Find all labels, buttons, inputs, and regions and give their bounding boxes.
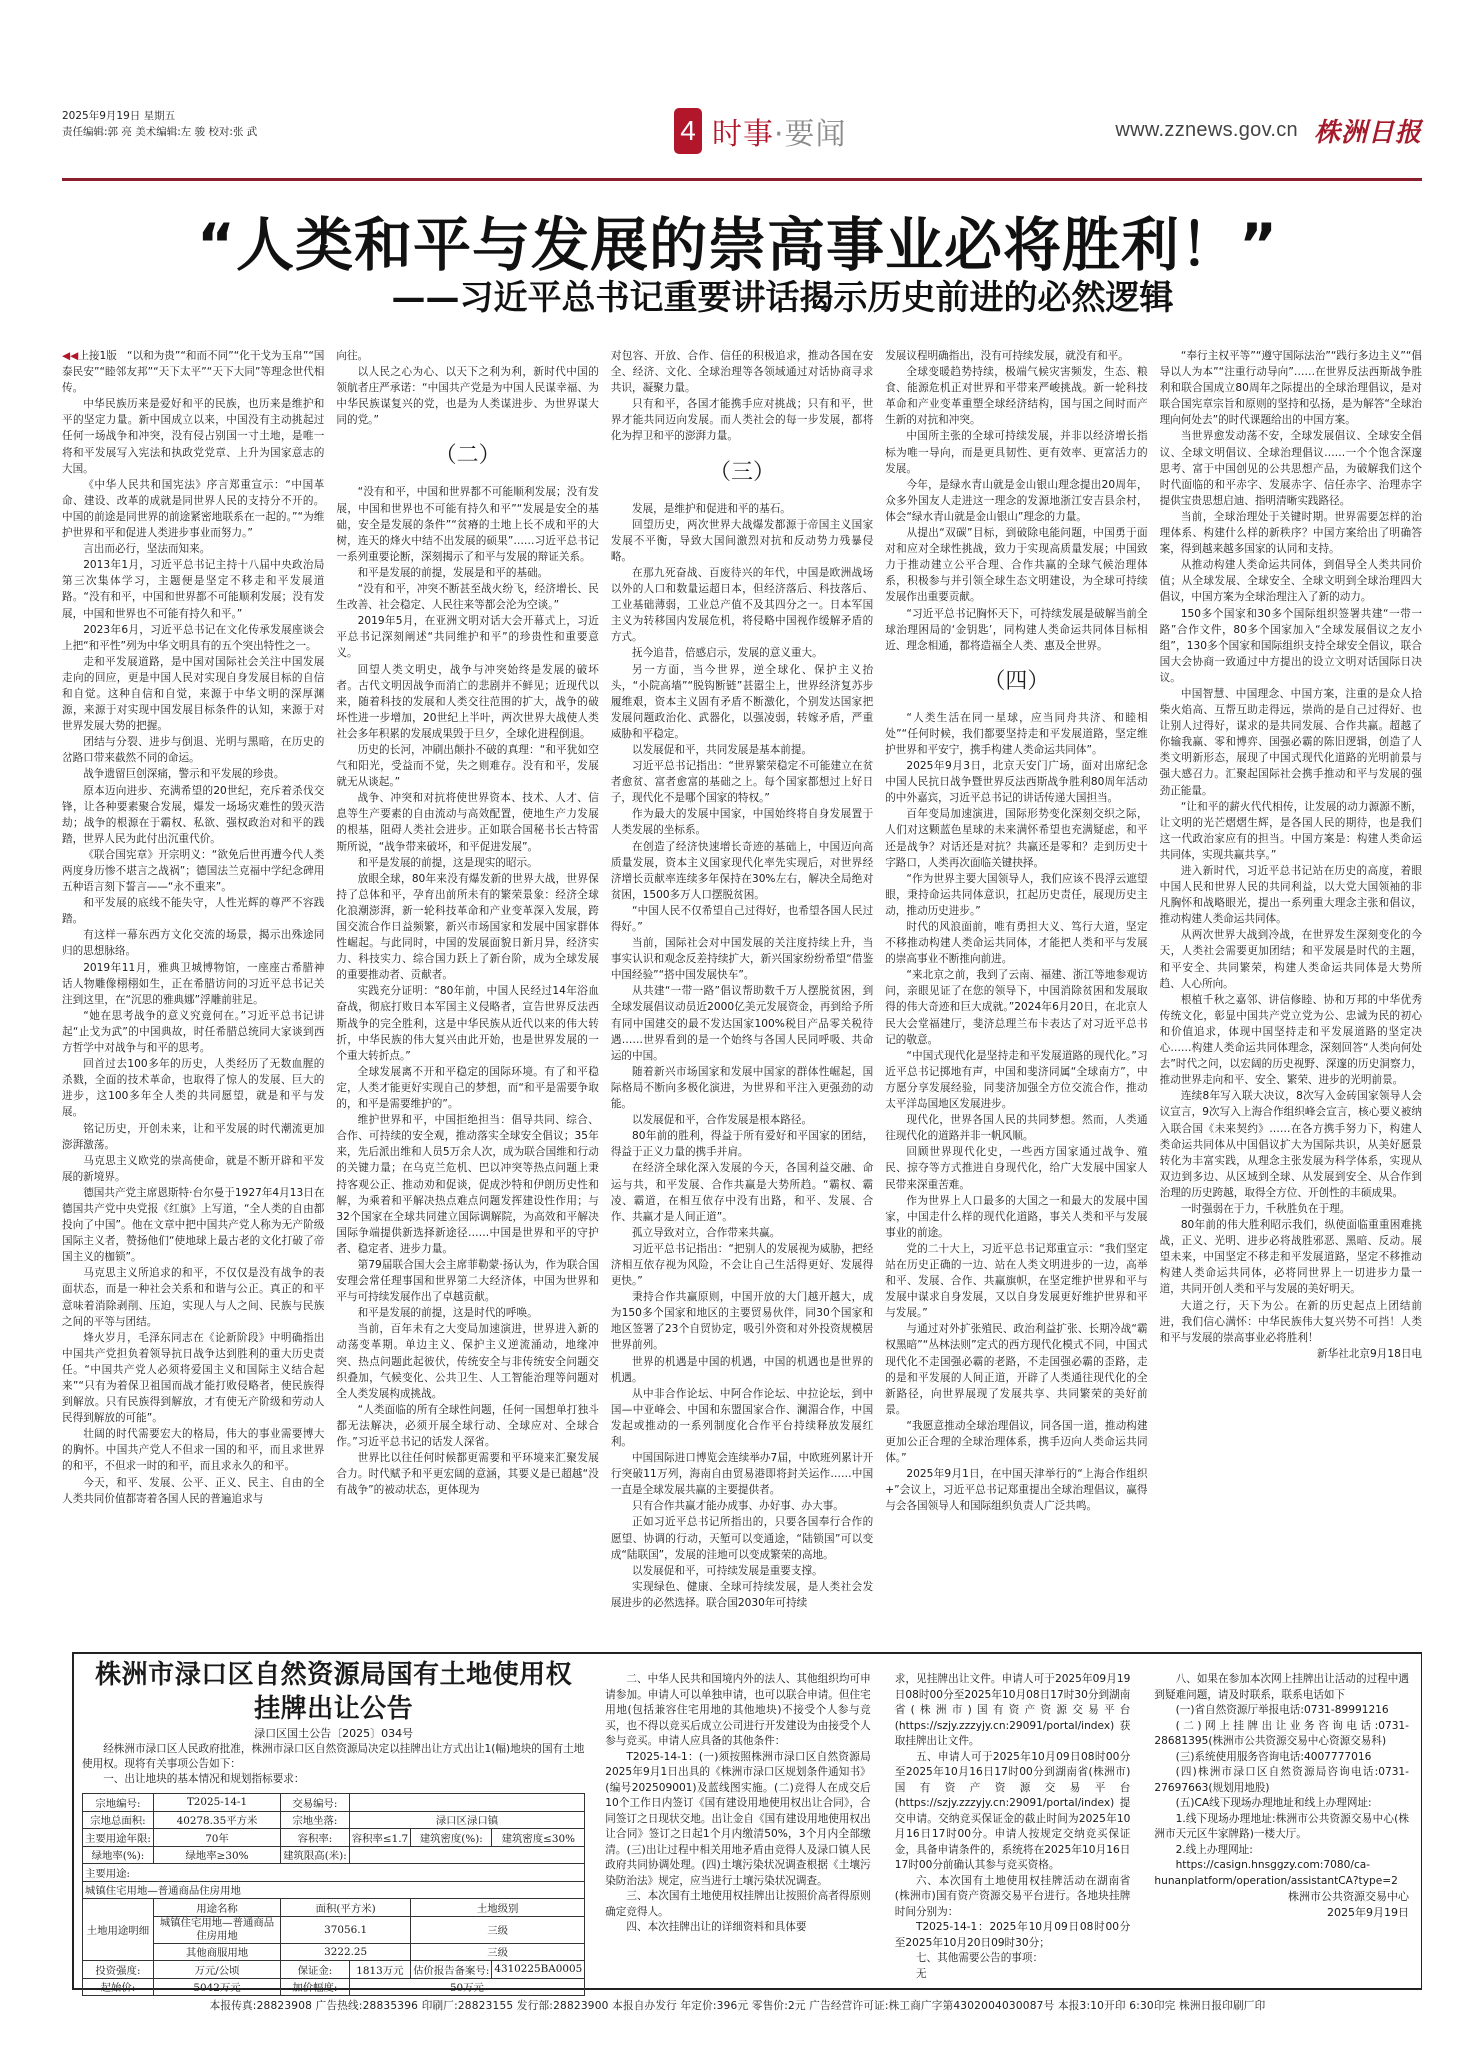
paragraph: 当前，全球治理处于关键时期。世界需要怎样的治理体系、构建什么样的新秩序？中国方案…: [1160, 509, 1422, 557]
paragraph: 抚今追昔，倍感启示，发展的意义重大。: [611, 645, 873, 661]
section-main: 时事: [712, 117, 774, 152]
website-link[interactable]: www.zznews.gov.cn: [1115, 119, 1298, 142]
paragraph: 《联合国宪章》开宗明义：“欲免后世再遭今代人类两度身历惨不堪言之战祸”；德国法兰…: [62, 847, 324, 895]
paragraph: 从提出“双碳”目标，到破除电能问题，中国勇于面对和应对全球性挑战，致力于实现高质…: [885, 525, 1147, 605]
notice-intro: 经株洲市渌口区人民政府批准，株洲市渌口区自然资源局决定以挂牌出让方式出让1(幅)…: [82, 1742, 585, 1772]
paragraph: 秉持合作共赢原则，中国开放的大门越开越大，成为150多个国家和地区的主要贸易伙伴…: [611, 1289, 873, 1353]
paragraph: 发展，是维护和促进和平的基石。: [611, 501, 873, 517]
paragraph: 第79届联合国大会主席菲勒蒙·扬认为，作为联合国安理会常任理事国和世界第二大经济…: [336, 1257, 598, 1305]
paragraph: 走和平发展道路，是中国对国际社会关注中国发展走向的回应，更是中国人民对实现自身发…: [62, 654, 324, 734]
parcel-table: 宗地编号: T2025-14-1 交易编号: 宗地总面积: 40278.35平方…: [82, 1793, 585, 1996]
table-row: 宗地编号: T2025-14-1 交易编号:: [83, 1794, 585, 1812]
issue-info: 2025年9月19日 星期五 责任编辑:郭 亮 美术编辑:左 骏 校对:张 武: [62, 108, 257, 140]
paragraph: 全球变暖趋势持续，极端气候灾害频发，生态、粮食、能源危机正对世界和平带来严峻挑战…: [885, 364, 1147, 428]
masthead-right: www.zznews.gov.cn 株洲日报: [1115, 112, 1422, 149]
paragraph: 另一方面，当今世界，逆全球化、保护主义抬头，“小院高墙”“脱钩断链”甚嚣尘上，世…: [611, 662, 873, 742]
paragraph: 80年前的胜利，得益于所有爱好和平国家的团结，得益于正义力量的携手并肩。: [611, 1128, 873, 1160]
section-heading: （二）: [336, 436, 598, 476]
paragraph: 对包容、开放、合作、信任的积极追求，推动各国在安全、经济、文化、全球治理等各领域…: [611, 348, 873, 396]
paragraph: 随着新兴市场国家和发展中国家的群体性崛起，国际格局不断向多极化演进，为世界和平注…: [611, 1064, 873, 1112]
notice-signature-org: 株洲市公共资源交易中心: [1154, 1889, 1409, 1905]
table-row: 主要用途年限: 70年 容积率: 容积率≤1.7 建筑密度(%): 建筑密度≤3…: [83, 1829, 585, 1847]
paragraph: 中国智慧、中国理念、中国方案，注重的是众人拾柴火焰高、互帮互助走得远，崇尚的是自…: [1160, 686, 1422, 799]
article-column-2: 向往。以人民之心为心、以天下之利为利，新时代中国的领航者庄严承诺：“中国共产党是…: [336, 348, 598, 1638]
paragraph: “习近平总书记胸怀天下，可持续发展是破解当前全球治理困局的‘金钥匙’，同构建人类…: [885, 606, 1147, 654]
notice-column-3: 求，见挂牌出让文件。申请人可于2025年09月19日08时00分至2025年10…: [883, 1654, 1143, 1988]
paragraph: 现代化，世界各国人民的共同梦想。然而，人类通往现代化的道路并非一帆风顺。: [885, 1112, 1147, 1144]
paragraph: 以发展促和平，共同发展是基本前提。: [611, 742, 873, 758]
paragraph: “没有和平，冲突不断甚至战火纷飞，经济增长、民生改善、社会稳定、人民往来等都会沦…: [336, 581, 598, 613]
section-sub: 要闻: [785, 117, 847, 152]
paragraph: 马克思主义所追求的和平，不仅仅是没有战争的表面状态，而是一种社会关系和和谐与公正…: [62, 1265, 324, 1329]
paragraph: 回望历史，两次世界大战爆发都源于帝国主义国家发展不平衡，导致大国间激烈对抗和反动…: [611, 517, 873, 565]
paragraph: 作为最大的发展中国家，中国始终将自身发展置于人类发展的坐标系。: [611, 806, 873, 838]
table-row: 投资强度: 万元/公顷 保证金: 1813万元 估价报告备案号: 4310225…: [83, 1961, 585, 1979]
paragraph: 1.线下现场办理地址:株洲市公共资源交易中心(株洲市天元区牛家牌路)一楼大厅。: [1154, 1812, 1409, 1843]
paragraph: T2025-14-1：2025年10月09日08时00分至2025年10月20日…: [895, 1920, 1131, 1951]
paragraph: “来北京之前，我到了云南、福建、浙江等地参观访问，亲眼见证了在您的领导下，中国消…: [885, 967, 1147, 1047]
paragraph: 和平发展的底线不能失守，人性光辉的尊严不容践踏。: [62, 895, 324, 927]
article-column-1: ◀◀上接1版 “以和为贵”“和而不同”“化干戈为玉帛”“国泰民安”“睦邻友邦”“…: [62, 348, 324, 1638]
paragraph: “作为世界主要大国领导人，我们应该不畏浮云遮望眼，秉持命运共同体意识，扛起历史责…: [885, 871, 1147, 919]
paragraph: 以发展促和平，合作发展是根本路径。: [611, 1112, 873, 1128]
paragraph: 在经济全球化深入发展的今天，各国利益交融、命运与共，和平发展、合作共赢是大势所趋…: [611, 1160, 873, 1224]
paragraph: 发展议程明确指出，没有可持续发展，就没有和平。: [885, 348, 1147, 364]
paragraph: 求，见挂牌出让文件。申请人可于2025年09月19日08时00分至2025年10…: [895, 1672, 1131, 1750]
issue-date: 2025年9月19日 星期五: [62, 108, 257, 124]
paragraph: 80年前的伟大胜利昭示我们，纵使面临重重困难挑战，正义、光明、进步必将战胜邪恶、…: [1160, 1217, 1422, 1297]
paragraph: 只有和平，各国才能携手应对挑战；只有和平，世界才能共同迈向发展。而人类社会的每一…: [611, 396, 873, 444]
paragraph: 和平是发展的前提，这是时代的呼唤。: [336, 1305, 598, 1321]
masthead-divider: [62, 178, 1422, 181]
newspaper-logo: 株洲日报: [1314, 112, 1422, 149]
paragraph: 回顾世界现代化史，一些西方国家通过战争、殖民、掠夺等方式推进自身现代化，给广大发…: [885, 1144, 1147, 1192]
paragraph: 壮阔的时代需要宏大的格局，伟大的事业需要博大的胸怀。中国共产党人不但求一国的和平…: [62, 1426, 324, 1474]
paragraph: 孤立导致对立，合作带来共赢。: [611, 1225, 873, 1241]
paragraph: 烽火岁月，毛泽东同志在《论新阶段》中明确指出中国共产党担负着领导抗日战争达到胜利…: [62, 1330, 324, 1427]
paragraph: 今年，是绿水青山就是金山银山理念提出20周年，众多外国友人走进这一理念的发源地浙…: [885, 477, 1147, 525]
paragraph: 实践充分证明：“80年前，中国人民经过14年浴血奋战，彻底打败日本军国主义侵略者…: [336, 983, 598, 1063]
paragraph: 连续8年写入联大决议，8次写入金砖国家领导人会议宣言，9次写入上海合作组织峰会宣…: [1160, 1088, 1422, 1201]
paragraph: 当世界愈发动荡不安，全球发展倡议、全球安全倡议、全球文明倡议、全球治理倡议……一…: [1160, 428, 1422, 508]
paragraph: 放眼全球，80年来没有爆发新的世界大战，世界保持了总体和平，孕育出前所未有的繁荣…: [336, 871, 598, 984]
paragraph: 2.线上办理网址:: [1154, 1843, 1409, 1859]
continuation-paragraph: ◀◀上接1版 “以和为贵”“和而不同”“化干戈为玉帛”“国泰民安”“睦邻友邦”“…: [62, 348, 324, 396]
paragraph: 言出而必行，坚法而知来。: [62, 541, 324, 557]
paragraph: 今天，和平、发展、公平、正义、民主、自由的全人类共同价值都寄着各国人民的普遍追求…: [62, 1475, 324, 1507]
notice-reference: 渌口区国土公告〔2025〕034号: [82, 1726, 585, 1742]
paragraph: 无: [895, 1967, 1131, 1983]
table-row: 主要用途:: [83, 1864, 585, 1882]
paragraph: 中国国际进口博览会连续举办7届，中欧班列累计开行突破11万列，海南自由贸易港即将…: [611, 1450, 873, 1498]
paragraph: 铭记历史，开创未来，让和平发展的时代潮流更加澎湃激荡。: [62, 1121, 324, 1153]
masthead: 2025年9月19日 星期五 责任编辑:郭 亮 美术编辑:左 骏 校对:张 武 …: [62, 100, 1422, 162]
paragraph: (二)网上挂牌出让业务咨询电话:0731-28681395(株洲市公共资源交易中…: [1154, 1719, 1409, 1750]
paragraph: 从两次世界大战到冷战，在世界发生深刻变化的今天，人类社会需要更加团结；和平发展是…: [1160, 927, 1422, 991]
paragraph: 战争、冲突和对抗将使世界资本、技术、人才、信息等生产要素的自由流动与高效配置，使…: [336, 790, 598, 854]
paragraph: 回望人类文明史，战争与冲突始终是发展的破坏者。古代文明因战争而消亡的悲剧并不鲜见…: [336, 662, 598, 742]
paragraph: 以人民之心为心、以天下之利为利，新时代中国的领航者庄严承诺：“中国共产党是为中国…: [336, 364, 598, 428]
section-title: 时事·要闻: [712, 109, 847, 153]
paragraph: (五)CA线下现场办理地址和线上办理网址:: [1154, 1796, 1409, 1812]
paragraph: 在那九死奋战、百废待兴的年代，中国是欧洲战场以外的人口和数量运超日本，但经济落后…: [611, 565, 873, 645]
paragraph: 和平是发展的前提，这是现实的昭示。: [336, 855, 598, 871]
paragraph: “中国式现代化是坚持走和平发展道路的现代化。”习近平总书记掷地有声，中国和斐济同…: [885, 1048, 1147, 1112]
paragraph: 《中华人民共和国宪法》序言郑重宣示：“中国革命、建设、改革的成就是同世界人民的支…: [62, 477, 324, 541]
paragraph: (三)系统使用服务咨询电话:4007777016: [1154, 1750, 1409, 1766]
main-headline: “人类和平与发展的崇高事业必将胜利！”: [0, 212, 1475, 278]
paragraph: 世界比以往任何时候都更需要和平环境来汇聚发展合力。时代赋予和平更宏阔的意涵，其要…: [336, 1450, 598, 1498]
paragraph: 一时强弱在于力，千秋胜负在于理。: [1160, 1201, 1422, 1217]
notice-signature-date: 2025年9月19日: [1154, 1905, 1409, 1921]
paragraph: (一)省自然资源厅举报电话:0731-89991216: [1154, 1703, 1409, 1719]
paragraph: https://casign.hnsggzy.com:7080/ca-hunan…: [1154, 1858, 1409, 1889]
paragraph: 习近平总书记指出：“把别人的发展视为威胁，把经济相互依存视为风险，不会让自己生活…: [611, 1241, 873, 1289]
section-separator: ·: [774, 117, 785, 152]
paragraph: “没有和平，中国和世界都不可能顺利发展；没有发展，中国和世界也不可能有持久和平”…: [336, 484, 598, 564]
paragraph: 在创造了经济快速增长奇迹的基础上，中国迈向高质量发展，资本主义国家现代化率先实现…: [611, 839, 873, 903]
paragraph: 当前，国际社会对中国发展的关注度持续上升，当事实认识和观念反差持续扩大，新兴国家…: [611, 935, 873, 983]
continuation-label: 上接1版: [78, 350, 117, 362]
paragraph: 马克思主义欧党的崇高使命，就是不断开辟和平发展的新境界。: [62, 1153, 324, 1185]
continuation-arrow-icon: ◀◀: [62, 350, 78, 362]
paragraph: “我愿意推动全球治理倡议，同各国一道，推动构建更加公正合理的全球治理体系，携手迈…: [885, 1418, 1147, 1466]
paragraph: 四、本次挂牌出让的详细资料和具体要: [605, 1920, 871, 1936]
article-column-3: 对包容、开放、合作、信任的积极追求，推动各国在安全、经济、文化、全球治理等各领域…: [611, 348, 873, 1638]
paragraph: 八、如果在参加本次网上挂牌出让活动的过程中遇到疑难问题，请及时联系，联系电话如下: [1154, 1672, 1409, 1703]
paragraph: “她在思考战争的意义究竟何在。”习近平总书记讲起“止戈为武”的中国典故，时任希腊…: [62, 1008, 324, 1056]
paragraph: 只有合作共赢才能办成事、办好事、办大事。: [611, 1498, 873, 1514]
paragraph: 五、申请人可于2025年10月09日08时00分至2025年10月16日17时0…: [895, 1750, 1131, 1874]
paragraph: 2019年5月，在亚洲文明对话大会开幕式上，习近平总书记深刻阐述“共同维护和平”…: [336, 613, 598, 661]
article-column-4: 发展议程明确指出，没有可持续发展，就没有和平。全球变暖趋势持续，极端气候灾害频发…: [885, 348, 1147, 1638]
notice-column-4: 八、如果在参加本次网上挂牌出让活动的过程中遇到疑难问题，请及时联系，联系电话如下…: [1142, 1654, 1422, 1988]
paragraph: 当前，百年未有之大变局加速演进，世界进入新的动荡变革期。单边主义、保护主义逆流涌…: [336, 1321, 598, 1401]
sub-headline: ——习近平总书记重要讲话揭示历史前进的必然逻辑: [0, 278, 1475, 318]
paragraph: 作为世界上人口最多的大国之一和最大的发展中国家，中国走什么样的现代化道路，事关人…: [885, 1193, 1147, 1241]
paragraph: 中华民族历来是爱好和平的民族，也历来是维护和平的坚定力量。新中国成立以来，中国没…: [62, 396, 324, 476]
section-banner: 4 时事·要闻: [674, 108, 847, 154]
table-row: 其他商服用地 3222.25 三级: [83, 1943, 585, 1961]
paragraph: “中国人民不仅希望自己过得好，也希望各国人民过得好。”: [611, 903, 873, 935]
paragraph: 和平是发展的前提，发展是和平的基础。: [336, 565, 598, 581]
paragraph: 战争遗留巨创深痛，警示和平发展的珍贵。: [62, 766, 324, 782]
paragraph: 从中非合作论坛、中阿合作论坛、中拉论坛，到中国—中亚峰会、中国和东盟国家合作、澜…: [611, 1386, 873, 1450]
table-row: 城镇住宅用地—普通商品住房用地 37056.1 三级: [83, 1916, 585, 1943]
table-row: 宗地总面积: 40278.35平方米 宗地坐落: 渌口区渌口镇: [83, 1811, 585, 1829]
paragraph: 150多个国家和30多个国际组织签署共建“一带一路”合作文件，80多个国家加入“…: [1160, 606, 1422, 686]
paragraph: 百年变局加速演进，国际形势变化深刻交织之际，人们对这颗蓝色星球的未来满怀希望也充…: [885, 806, 1147, 870]
paragraph: 六、本次国有土地使用权挂牌活动在湖南省(株洲市)国有资产资源交易平台进行。各地块…: [895, 1874, 1131, 1921]
paragraph: 二、中华人民共和国境内外的法人、其他组织均可申请参加。申请人可以单独申请，也可以…: [605, 1672, 871, 1750]
notice-column-2: 二、中华人民共和国境内外的法人、其他组织均可申请参加。申请人可以单独申请，也可以…: [593, 1654, 883, 1988]
paragraph: 三、本次国有土地使用权挂牌出让按照价高者得原则确定竞得人。: [605, 1889, 871, 1920]
paragraph: 2025年9月3日，北京天安门广场，面对出席纪念中国人民抗日战争暨世界反法西斯战…: [885, 758, 1147, 806]
paragraph: 原本迈向进步、充满希望的20世纪，充斥着杀伐交锋，让各种要素聚合发展，爆发一场场…: [62, 783, 324, 847]
paragraph: 与通过对外扩张殖民、政治利益扩张、长期冷战“霸权黑暗”“丛林法则”定式的西方现代…: [885, 1321, 1147, 1418]
article-byline: 新华社北京9月18日电: [1160, 1346, 1422, 1362]
paragraph: 向往。: [336, 348, 598, 364]
paragraph: “让和平的薪火代代相传，让发展的动力源源不断，让文明的光芒熠熠生辉，是各国人民的…: [1160, 799, 1422, 863]
paragraph: 维护世界和平，中国拒绝担当：倡导共同、综合、合作、可持续的安全观，推动落实全球安…: [336, 1112, 598, 1257]
paragraph: (四)株洲市渌口区自然资源局咨询电话:0731-27697663(规划用地股): [1154, 1765, 1409, 1796]
table-row: 绿地率(%): 绿地率≥30% 建筑限高(米):: [83, 1846, 585, 1864]
paragraph: 有这样一幕东西方文化交流的场景，揭示出殊途同归的思想脉络。: [62, 927, 324, 959]
land-auction-notice: 株洲市渌口区自然资源局国有土地使用权挂牌出让公告 渌口区国土公告〔2025〕03…: [72, 1652, 1422, 1990]
section-heading: （三）: [611, 453, 873, 493]
paragraph: 回首过去100多年的历史，人类经历了无数血腥的杀戮，全面的技术革命，也取得了惊人…: [62, 1056, 324, 1120]
paragraph: “人类生活在同一星球，应当同舟共济、和睦相处”“任何时候，我们都要坚持走和平发展…: [885, 710, 1147, 758]
paragraph: 2013年1月，习近平总书记主持十八届中央政治局第三次集体学习，主题便是坚定不移…: [62, 557, 324, 621]
paragraph: “人类面临的所有全球性问题，任何一国想单打独斗都无法解决，必须开展全球行动、全球…: [336, 1402, 598, 1450]
paragraph: 历史的长河，冲刷出颠扑不破的真理：“和平犹如空气和阳光，受益而不觉，失之则难存。…: [336, 742, 598, 790]
paragraph: 从共建“一带一路”倡议帮助数千万人摆脱贫困，到全球发展倡议动员近2000亿美元发…: [611, 983, 873, 1063]
editor-credits: 责任编辑:郭 亮 美术编辑:左 骏 校对:张 武: [62, 124, 257, 140]
article-column-5: “奉行主权平等”“遵守国际法治”“践行多边主义”“倡导以人为本”“注重行动导向”…: [1160, 348, 1422, 1638]
paragraph: 2019年11月，雅典卫城博物馆，一座座古希腊神话人物雕像栩栩如生，正在希腊访问…: [62, 960, 324, 1008]
article-body: ◀◀上接1版 “以和为贵”“和而不同”“化干戈为玉帛”“国泰民安”“睦邻友邦”“…: [62, 348, 1422, 1638]
paragraph: 时代的风浪面前，唯有勇担大义、笃行大道，坚定不移推动构建人类命运共同体，才能把人…: [885, 919, 1147, 967]
section-heading: （四）: [885, 662, 1147, 702]
page-footer: 本报传真:28823908 广告热线:28835396 印刷厂:28823155…: [0, 1998, 1475, 2013]
table-row: 土地用途明细 用途名称 面积(平方米) 土地级别: [83, 1899, 585, 1917]
paragraph: 德国共产党主席恩斯特·台尔曼于1927年4月13日在德国共产党中央党报《红旗》上…: [62, 1185, 324, 1265]
page-number-badge: 4: [674, 108, 702, 154]
notice-section-1: 一、出让地块的基本情况和规划指标要求：: [82, 1772, 585, 1787]
paragraph: 以发展促和平，可持续发展是重要支撑。: [611, 1563, 873, 1579]
paragraph: 团结与分裂、进步与倒退、光明与黑暗，在历史的岔路口带来截然不同的命运。: [62, 734, 324, 766]
paragraph: 七、其他需要公告的事项：: [895, 1951, 1131, 1967]
table-row: 起始价: 5042万元 加价幅度: 50万元: [83, 1978, 585, 1996]
paragraph: 实现绿色、健康、全球可持续发展，是人类社会发展进步的必然选择。联合国2030年可…: [611, 1579, 873, 1611]
paragraph: 从推动构建人类命运共同体，到倡导全人类共同价值；从全球发展、全球安全、全球文明到…: [1160, 557, 1422, 605]
notice-column-1: 株洲市渌口区自然资源局国有土地使用权挂牌出让公告 渌口区国土公告〔2025〕03…: [74, 1654, 593, 1988]
paragraph: “奉行主权平等”“遵守国际法治”“践行多边主义”“倡导以人为本”“注重行动导向”…: [1160, 348, 1422, 428]
paragraph: 习近平总书记指出：“世界繁荣稳定不可能建立在贫者愈贫、富者愈富的基础之上。每个国…: [611, 758, 873, 806]
paragraph: 2023年6月，习近平总书记在文化传承发展座谈会上把“和平性”列为中华文明具有的…: [62, 622, 324, 654]
notice-title: 株洲市渌口区自然资源局国有土地使用权挂牌出让公告: [82, 1658, 585, 1726]
paragraph: 中国所主张的全球可持续发展，并非以经济增长指标为唯一导向，而是更具韧性、更有效率…: [885, 428, 1147, 476]
paragraph: 全球发展离不开和平稳定的国际环境。有了和平稳定，人类才能更好实现自己的梦想，而“…: [336, 1064, 598, 1112]
table-row: 城镇住宅用地—普通商品住房用地: [83, 1881, 585, 1899]
paragraph: 2025年9月1日，在中国天津举行的“上海合作组织+”会议上，习近平总书记郑重提…: [885, 1466, 1147, 1514]
paragraph: T2025-14-1：(一)须按照株洲市渌口区自然资源局2025年9月1日出具的…: [605, 1750, 871, 1890]
paragraph: 根植千秋之嘉邻、讲信修睦、协和万邦的中华优秀传统文化，彰显中国共产党立党为公、忠…: [1160, 992, 1422, 1089]
paragraph: 正如习近平总书记所指出的，只要各国奉行合作的愿望、协调的行动，天堑可以变通途，“…: [611, 1514, 873, 1562]
paragraph: 大道之行，天下为公。在新的历史起点上团结前进，我们信心满怀：中华民族伟大复兴势不…: [1160, 1298, 1422, 1346]
paragraph: 世界的机遇是中国的机遇，中国的机遇也是世界的机遇。: [611, 1354, 873, 1386]
paragraph: 进入新时代，习近平总书记站在历史的高度，着眼中国人民和世界人民的共同利益，以大党…: [1160, 863, 1422, 927]
paragraph: 党的二十大上，习近平总书记郑重宣示：“我们坚定站在历史正确的一边、站在人类文明进…: [885, 1241, 1147, 1321]
